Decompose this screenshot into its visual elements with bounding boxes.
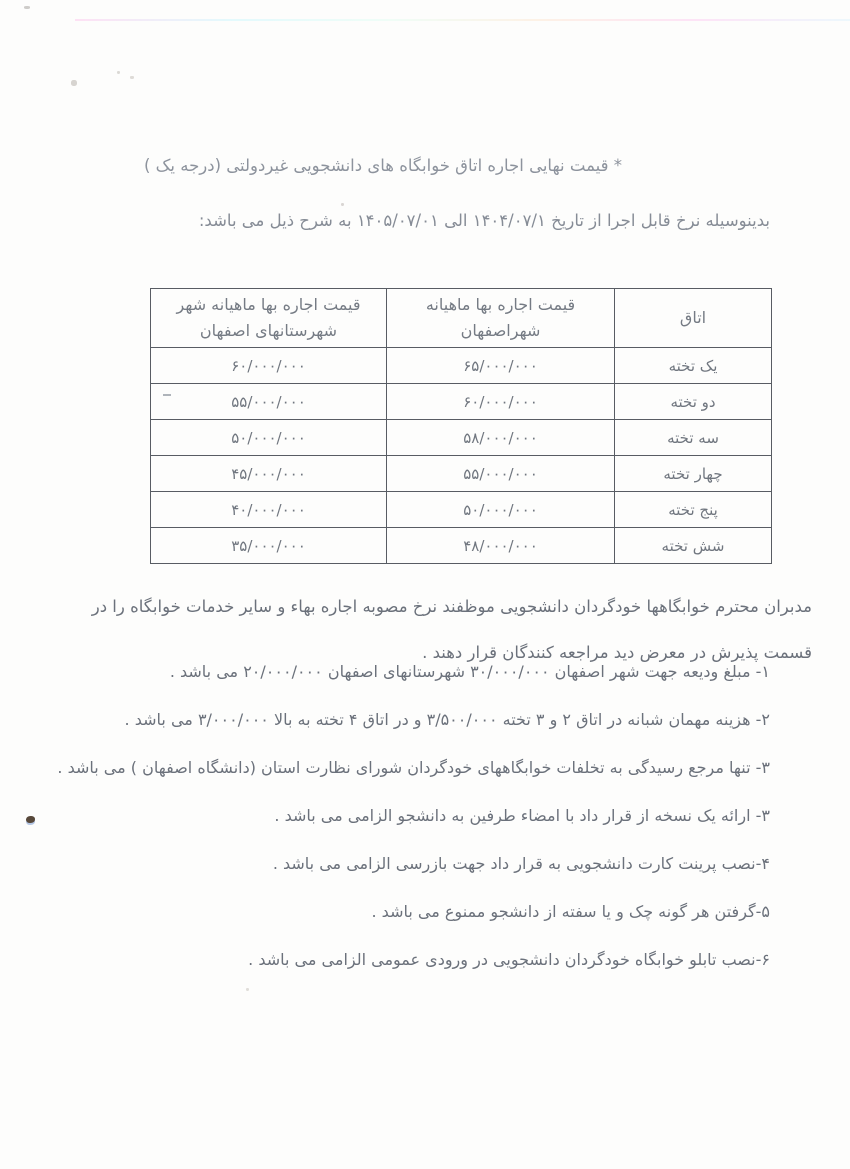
cell-isfahan-city: ۶۰/۰۰۰/۰۰۰ bbox=[387, 384, 615, 420]
table-header-row: اتاق قیمت اجاره بها ماهیانه شهراصفهان قی… bbox=[151, 289, 772, 348]
cell-isfahan-city: ۴۸/۰۰۰/۰۰۰ bbox=[387, 528, 615, 564]
rule-item-signboard: ۶-نصب تابلو خوابگاه خودگردان دانشجویی در… bbox=[30, 950, 770, 998]
cell-isfahan-counties: ۳۵/۰۰۰/۰۰۰ bbox=[151, 528, 387, 564]
rule-item-card-print: ۴-نصب پرینت کارت دانشجویی به قرار داد جه… bbox=[30, 854, 770, 902]
cell-isfahan-counties: ۵۰/۰۰۰/۰۰۰ bbox=[151, 420, 387, 456]
rule-item-deposit: ۱- مبلغ ودیعه جهت شهر اصفهان ۳۰/۰۰۰/۰۰۰ … bbox=[30, 662, 770, 710]
cell-isfahan-counties: ۴۰/۰۰۰/۰۰۰ bbox=[151, 492, 387, 528]
notice-line-1: مدبران محترم خوابگاهها خودگردان دانشجویی… bbox=[30, 584, 812, 630]
cell-room: یک تخته bbox=[615, 348, 772, 384]
header-isfahan-city: قیمت اجاره بها ماهیانه شهراصفهان bbox=[387, 289, 615, 348]
scan-speck bbox=[341, 203, 344, 206]
cell-isfahan-city: ۵۰/۰۰۰/۰۰۰ bbox=[387, 492, 615, 528]
header-isfahan-city-line2: شهراصفهان bbox=[391, 318, 610, 344]
scan-speck bbox=[117, 71, 120, 74]
table-row: یک تخته ۶۵/۰۰۰/۰۰۰ ۶۰/۰۰۰/۰۰۰ bbox=[151, 348, 772, 384]
rule-item-supervision-authority: ۳- تنها مرجع رسیدگی به تخلفات خوابگاههای… bbox=[30, 758, 770, 806]
cell-isfahan-counties: ۴۵/۰۰۰/۰۰۰ bbox=[151, 456, 387, 492]
table-row: دو تخته ۶۰/۰۰۰/۰۰۰ ۵۵/۰۰۰/۰۰۰ bbox=[151, 384, 772, 420]
scan-speck bbox=[71, 80, 77, 86]
cell-isfahan-city: ۵۵/۰۰۰/۰۰۰ bbox=[387, 456, 615, 492]
cell-isfahan-city: ۶۵/۰۰۰/۰۰۰ bbox=[387, 348, 615, 384]
header-isfahan-counties-line1: قیمت اجاره بها ماهیانه شهر bbox=[155, 292, 382, 318]
cell-room: سه تخته bbox=[615, 420, 772, 456]
table-row: سه تخته ۵۸/۰۰۰/۰۰۰ ۵۰/۰۰۰/۰۰۰ bbox=[151, 420, 772, 456]
cell-isfahan-counties: ۶۰/۰۰۰/۰۰۰ bbox=[151, 348, 387, 384]
table-row: پنج تخته ۵۰/۰۰۰/۰۰۰ ۴۰/۰۰۰/۰۰۰ bbox=[151, 492, 772, 528]
rule-item-no-cheque: ۵-گرفتن هر گونه چک و یا سفته از دانشجو م… bbox=[30, 902, 770, 950]
cell-room: دو تخته bbox=[615, 384, 772, 420]
scan-speck bbox=[24, 6, 30, 9]
rule-item-contract-copy: ۳- ارائه یک نسخه از قرار داد با امضاء طر… bbox=[30, 806, 770, 854]
document-title: * قیمت نهایی اجاره اتاق خوابگاه های دانش… bbox=[144, 156, 622, 175]
cell-room: چهار تخته bbox=[615, 456, 772, 492]
document-subtitle: بدینوسیله نرخ قابل اجرا از تاریخ ۱۴۰۴/۰۷… bbox=[199, 211, 770, 230]
rules-list: ۱- مبلغ ودیعه جهت شهر اصفهان ۳۰/۰۰۰/۰۰۰ … bbox=[30, 662, 770, 998]
table-row: چهار تخته ۵۵/۰۰۰/۰۰۰ ۴۵/۰۰۰/۰۰۰ bbox=[151, 456, 772, 492]
rule-item-guest-fee: ۲- هزینه مهمان شبانه در اتاق ۲ و ۳ تخته … bbox=[30, 710, 770, 758]
cell-room: شش تخته bbox=[615, 528, 772, 564]
header-room-line1: اتاق bbox=[619, 305, 767, 331]
header-isfahan-counties: قیمت اجاره بها ماهیانه شهر شهرستانهای اص… bbox=[151, 289, 387, 348]
header-isfahan-city-line1: قیمت اجاره بها ماهیانه bbox=[391, 292, 610, 318]
scan-speck bbox=[130, 76, 134, 79]
cell-isfahan-counties: ۵۵/۰۰۰/۰۰۰ bbox=[151, 384, 387, 420]
table-row: شش تخته ۴۸/۰۰۰/۰۰۰ ۳۵/۰۰۰/۰۰۰ bbox=[151, 528, 772, 564]
cell-isfahan-city: ۵۸/۰۰۰/۰۰۰ bbox=[387, 420, 615, 456]
header-room: اتاق bbox=[615, 289, 772, 348]
rent-price-table: اتاق قیمت اجاره بها ماهیانه شهراصفهان قی… bbox=[150, 288, 772, 564]
header-isfahan-counties-line2: شهرستانهای اصفهان bbox=[155, 318, 382, 344]
scan-color-line-artifact bbox=[75, 19, 850, 21]
scanned-document-page: * قیمت نهایی اجاره اتاق خوابگاه های دانش… bbox=[0, 0, 850, 1169]
cell-room: پنج تخته bbox=[615, 492, 772, 528]
